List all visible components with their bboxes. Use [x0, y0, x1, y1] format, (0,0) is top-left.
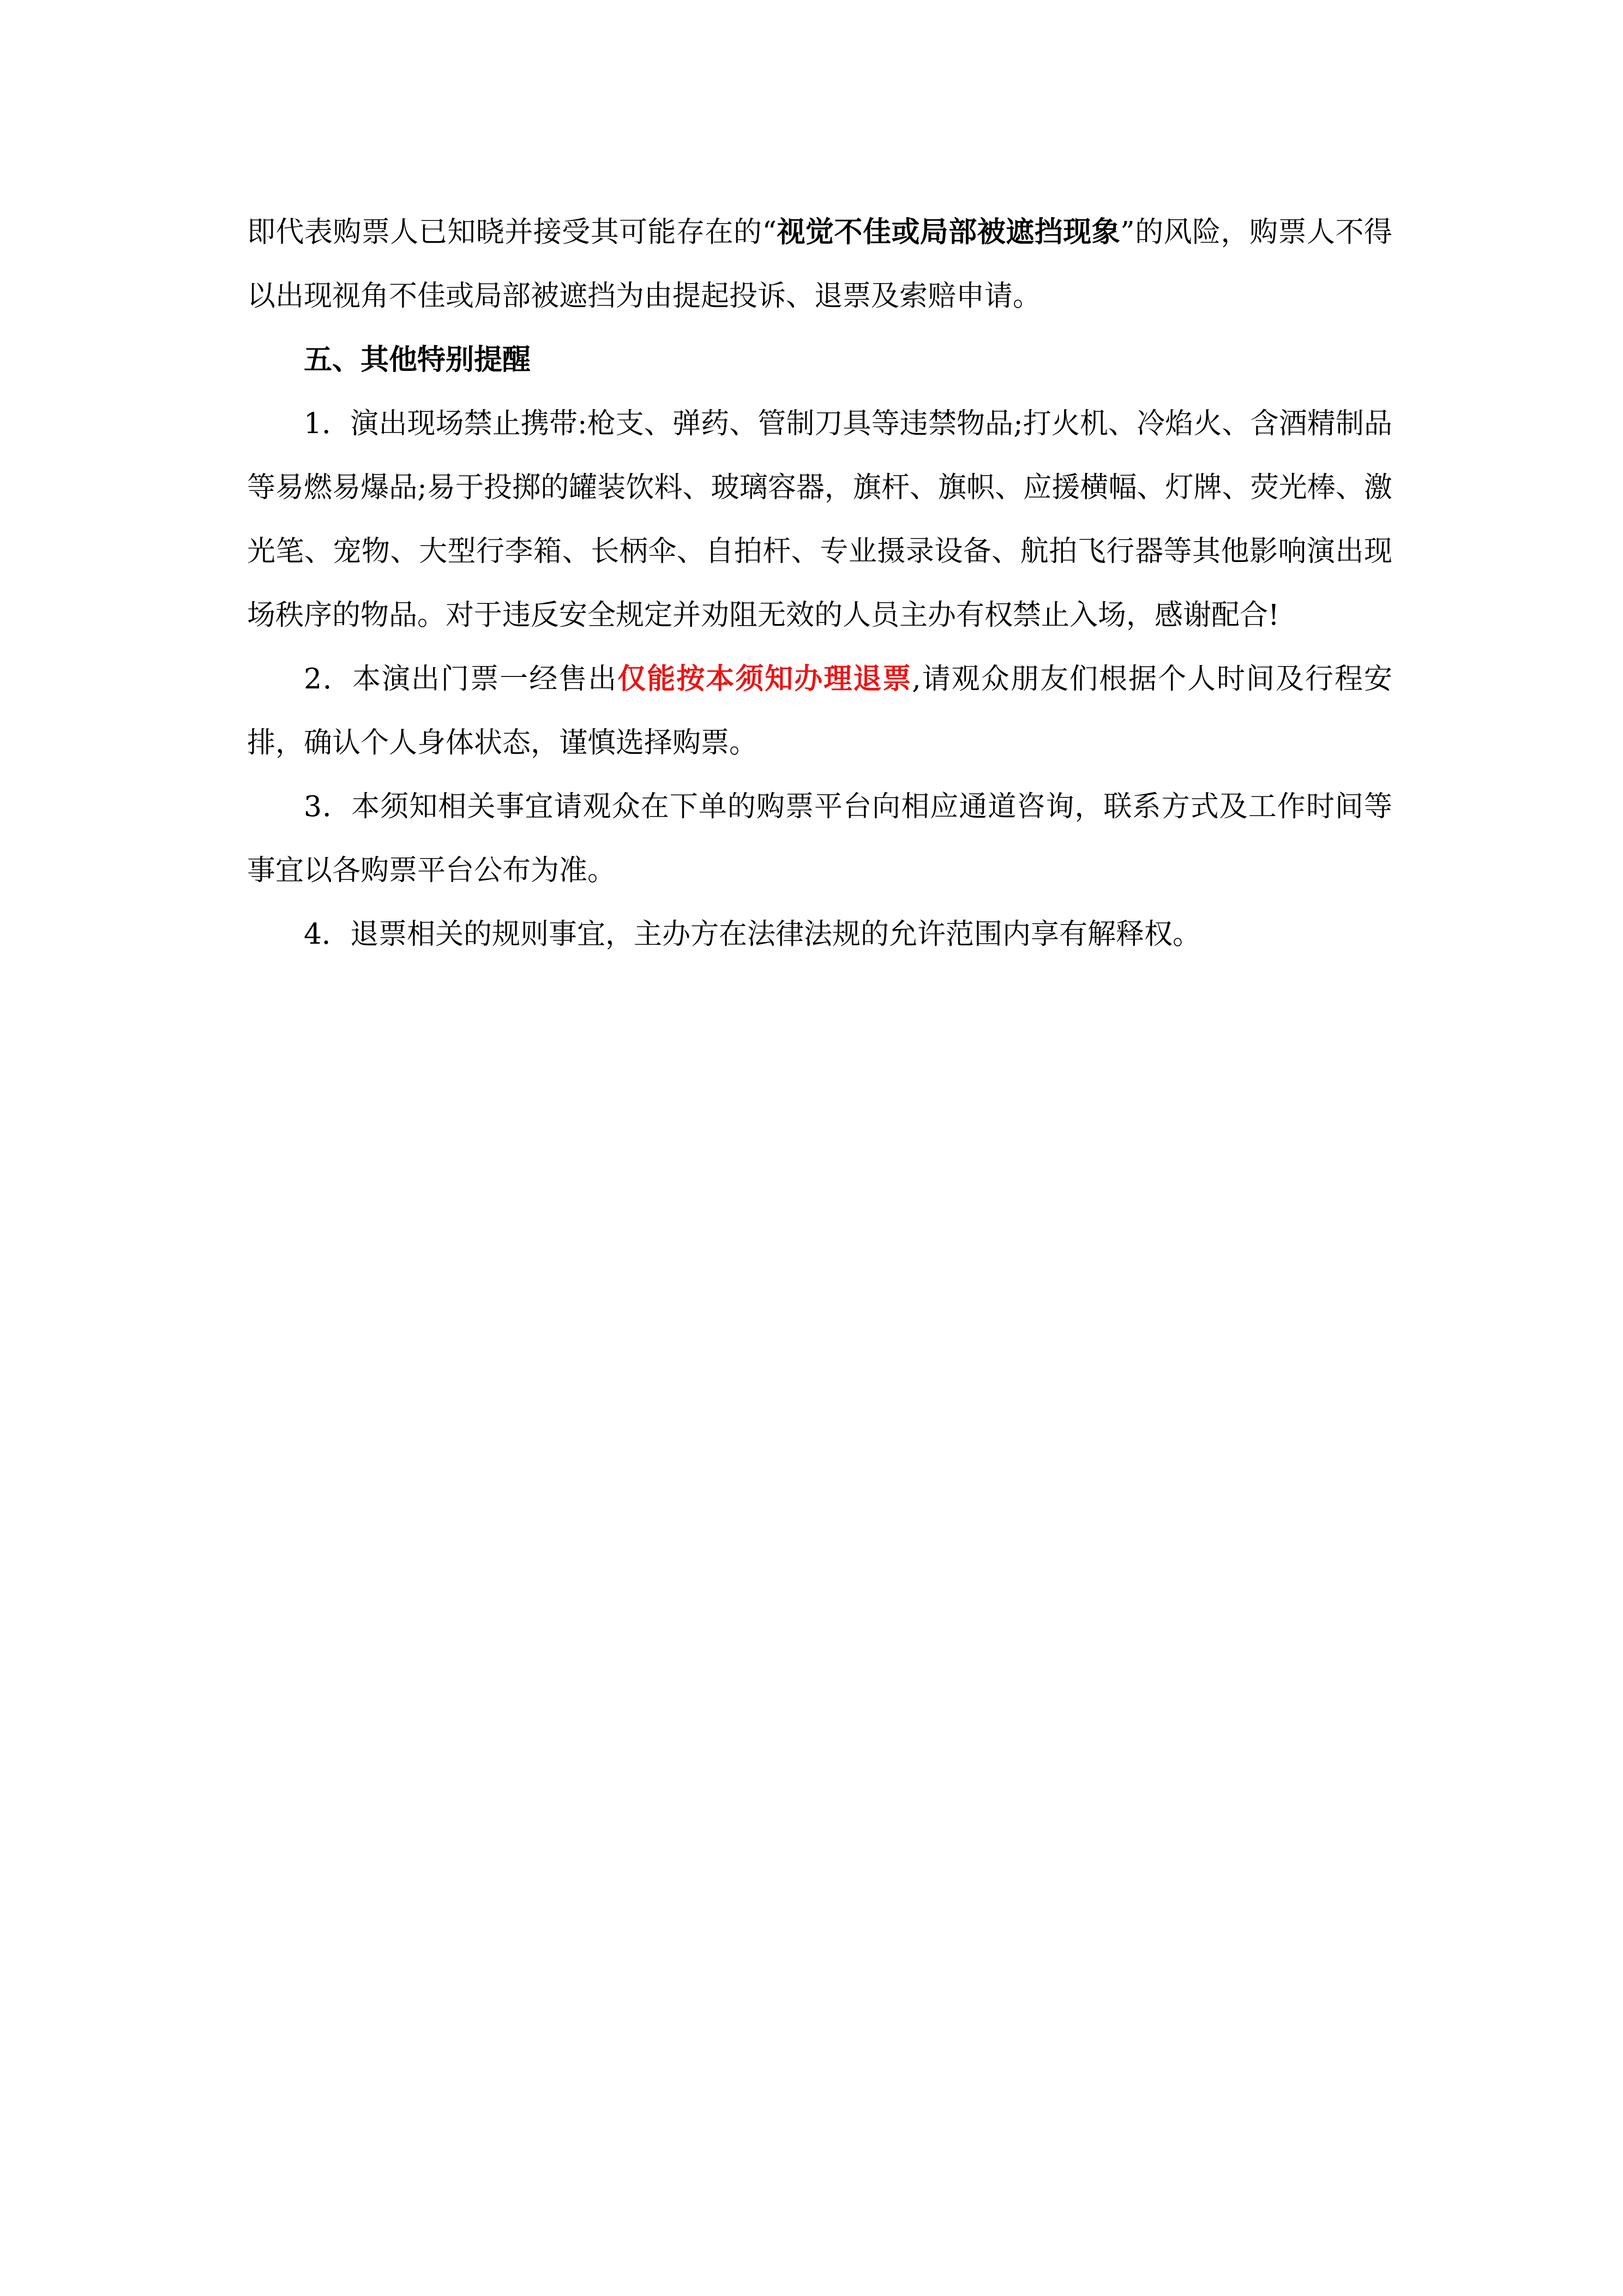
list-item-text: 2．本演出门票一经售出 [304, 663, 617, 696]
list-item-1: 1．演出现场禁止携带:枪支、弹药、管制刀具等违禁物品;打火机、冷焰火、含酒精制品… [247, 392, 1392, 648]
paragraph-text: 即代表购票人已知晓并接受其可能存在的“ [247, 216, 777, 249]
continuation-paragraph: 即代表购票人已知晓并接受其可能存在的“视觉不佳或局部被遮挡现象”的风险，购票人不… [247, 201, 1392, 328]
section-heading: 五、其他特别提醒 [247, 328, 1392, 392]
emphasis-text: 视觉不佳或局部被遮挡现象 [777, 216, 1120, 249]
document-page: 即代表购票人已知晓并接受其可能存在的“视觉不佳或局部被遮挡现象”的风险，购票人不… [247, 201, 1392, 967]
highlight-text: 仅能按本须知办理退票 [617, 663, 912, 696]
list-item-4: 4．退票相关的规则事宜，主办方在法律法规的允许范围内享有解释权。 [247, 903, 1392, 967]
list-item-2: 2．本演出门票一经售出仅能按本须知办理退票,请观众朋友们根据个人时间及行程安排，… [247, 648, 1392, 775]
list-item-3: 3．本须知相关事宜请观众在下单的购票平台向相应通道咨询，联系方式及工作时间等事宜… [247, 775, 1392, 903]
